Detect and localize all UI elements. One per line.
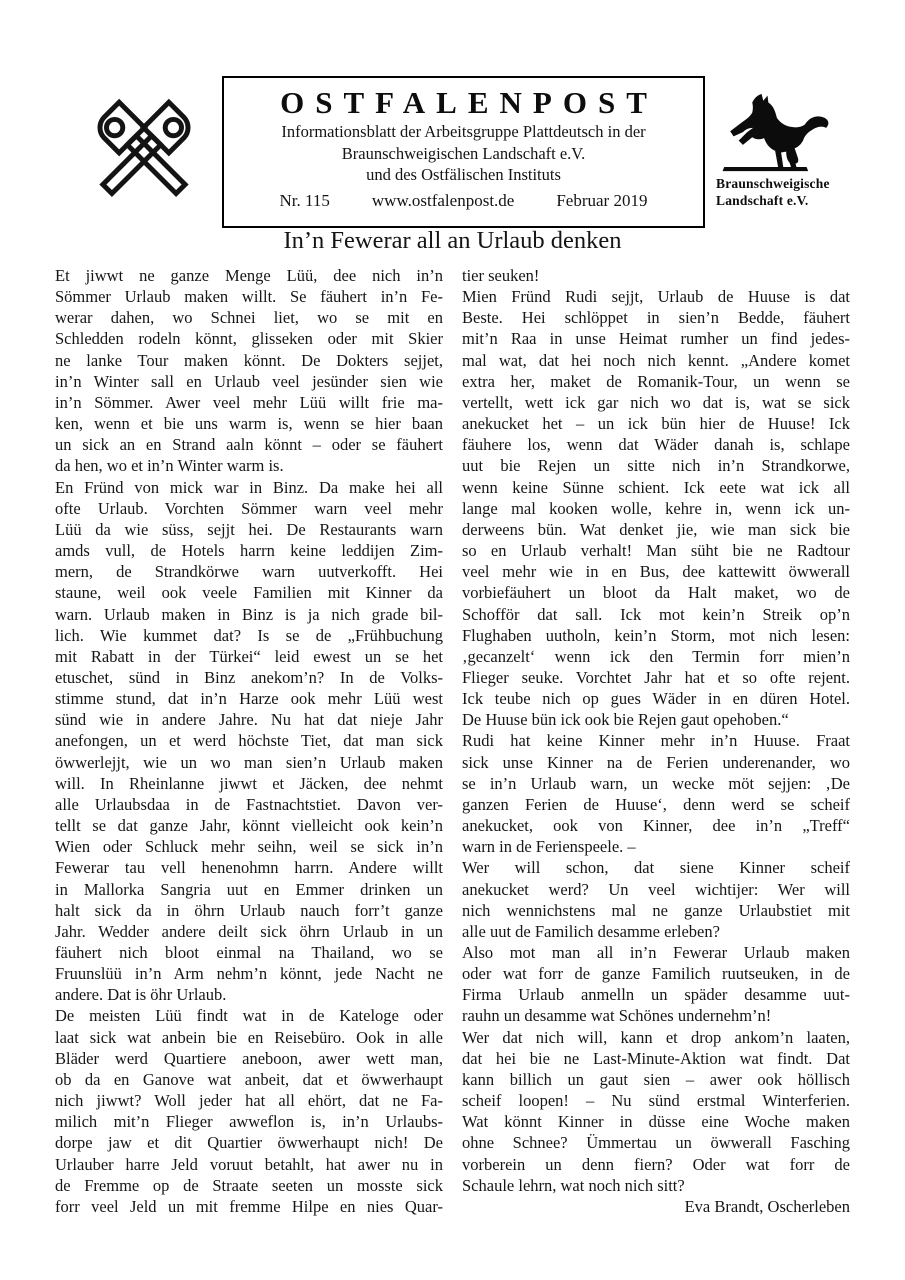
- body-text-line: Lüü da wie süss, sejjt hei. De Restauran…: [55, 519, 443, 540]
- body-text-line: laat sick wat anbein bie en Reisebüro. O…: [55, 1027, 443, 1048]
- body-text-line: Firma Urlaub anmelln un späder desamme u…: [462, 984, 850, 1005]
- body-text-line: will. In Rheinlanne jiwwt et Jäcken, dee…: [55, 773, 443, 794]
- body-text-line: alle Urlaubsdaa in de Fastnachtstiet. Da…: [55, 794, 443, 815]
- body-text-line: kann billich un gaut sien – awer ook höl…: [462, 1069, 850, 1090]
- body-text-line: sünd wie in andere Jahre. Nu hat dat nie…: [55, 709, 443, 730]
- body-text-line: mit Rabatt in der Türkei“ leid ewest un …: [55, 646, 443, 667]
- body-text-line: in’n Winter sall en Urlaub veel jesünder…: [55, 371, 443, 392]
- issue-line: Nr. 115www.ostfalenpost.deFebruar 2019: [224, 189, 703, 213]
- body-text-line: Beste. Hei schlöppet in sien’n Bedde, fä…: [462, 307, 850, 328]
- body-text-line: halt sick da in öhrn Urlaub nauch forr’t…: [55, 900, 443, 921]
- body-text-line: De Huuse bün ick ook bie Rejen gaut opeh…: [462, 709, 850, 730]
- body-text-line: Also mot man all in’n Fewerar Urlaub mak…: [462, 942, 850, 963]
- body-text-line: uut bie Rejen un sitte nich in’n Strandk…: [462, 455, 850, 476]
- signature-line: Eva Brandt, Oscherleben: [462, 1196, 850, 1217]
- body-text-line: ob da en Ganove wat anbeit, dat et öwwer…: [55, 1069, 443, 1090]
- body-text-line: warn in de Ferienspeele. –: [462, 836, 850, 857]
- newsletter-title: OSTFALENPOST: [224, 85, 703, 121]
- body-text-line: ganzen Ferien de Huuse‘, denn werd se sc…: [462, 794, 850, 815]
- body-text-line: Bläder werd Quartiere aneboon, awer wett…: [55, 1048, 443, 1069]
- body-text-line: lange mal kooken wolle, kehre in, wenn i…: [462, 498, 850, 519]
- body-text-line: vorbiefäuhert un bloot da Halt maket, wo…: [462, 582, 850, 603]
- masthead-title-box: OSTFALENPOST Informationsblatt der Arbei…: [222, 76, 705, 228]
- body-text-line: so en Urlaub verhalt! Man süht bie ne Ra…: [462, 540, 850, 561]
- body-text-line: dat hei bie ne Last-Minute-Aktion wat fi…: [462, 1048, 850, 1069]
- body-text-line: anekucket het – un ick bün hier de Huuse…: [462, 413, 850, 434]
- body-text-line: etuschet, sünd in Binz anekom’n? In de V…: [55, 667, 443, 688]
- body-text-line: derweens bün. Wat denket jie, wie man si…: [462, 519, 850, 540]
- body-text-line: rauhn un desamme wat Schönes undernehm’n…: [462, 1005, 850, 1026]
- body-text-line: sick unse Kinner na de Ferien underenand…: [462, 752, 850, 773]
- masthead-subtitle-line-3: und des Ostfälischen Instituts: [224, 164, 703, 186]
- body-text-line: extra her, maket de Romanik-Tour, un wen…: [462, 371, 850, 392]
- body-text-line: nich wennichstens mal ne ganze Urlaubsti…: [462, 900, 850, 921]
- body-text-line: se in’n Urlaub warn, un wecke möt sejjen…: [462, 773, 850, 794]
- body-text-line: oder wat forr de ganze Familich ruutseuk…: [462, 963, 850, 984]
- body-text-line: Wer will schon, dat siene Kinner scheif: [462, 857, 850, 878]
- body-text-line: Wien oder Schluck mehr seihn, weil se si…: [55, 836, 443, 857]
- article-title: In’n Fewerar all an Urlaub denken: [0, 227, 905, 255]
- body-text-line: milich mit’n Flieger awweflon is, in’n U…: [55, 1111, 443, 1132]
- body-text-line: scheif loopen! – Nu sünd erstmal Winterf…: [462, 1090, 850, 1111]
- body-text-line: Schaule lehrn, wat noch nich sitt?: [462, 1175, 850, 1196]
- issue-date: Februar 2019: [556, 191, 647, 210]
- body-text-line: alle uut de Familich desamme erleben?: [462, 921, 850, 942]
- body-text-line: de Fremme op de Straate seeten un mosste…: [55, 1175, 443, 1196]
- body-text-line: Wat könnt Kinner in düsse eine Woche mak…: [462, 1111, 850, 1132]
- body-text-line: anekucket werd? Un veel wichtijer: Wer w…: [462, 879, 850, 900]
- body-text-line: ofte Urlaub. Vorchten Sömmer warn veel m…: [55, 498, 443, 519]
- body-text-line: Flieger seuke. Vorchtet Jahr hat et so o…: [462, 667, 850, 688]
- body-text-line: andere. Dat is öhr Urlaub.: [55, 984, 443, 1005]
- body-text-line: De meisten Lüü findt wat in de Kateloge …: [55, 1005, 443, 1026]
- body-text-line: Jahr. Wedder andere deilt sick öhrn Urla…: [55, 921, 443, 942]
- body-text-line: öwwerlejjt, wie un wo man sien’n Urlaub …: [55, 752, 443, 773]
- body-text-line: warn. Urlaub maken in Binz is ja nich gr…: [55, 604, 443, 625]
- body-text-line: Mien Fründ Rudi sejjt, Urlaub de Huuse i…: [462, 286, 850, 307]
- column-right: tier seuken!Mien Fründ Rudi sejjt, Urlau…: [462, 265, 850, 1217]
- body-text-line: mal wat, dat hei noch nich kennt. „Ander…: [462, 350, 850, 371]
- body-text-line: Schledden rodeln könnt, glisseken oder m…: [55, 328, 443, 349]
- body-text-line: werar dahen, wo Schnei liet, wo se mit e…: [55, 307, 443, 328]
- body-text-line: ken, wenn et bie uns warm is, wenn se hi…: [55, 413, 443, 434]
- body-text-line: in’n Sömmer. Awer veel mehr Lüü willt fr…: [55, 392, 443, 413]
- masthead-subtitle-line-1: Informationsblatt der Arbeitsgruppe Plat…: [224, 121, 703, 143]
- body-text-line: nich jiwwt? Woll jeder hat all ehört, da…: [55, 1090, 443, 1111]
- body-text-line: vorberein un denn fiern? Oder wat forr d…: [462, 1154, 850, 1175]
- body-text-line: Schofför dat sall. Ick mot kein’n Streik…: [462, 604, 850, 625]
- issue-number: Nr. 115: [280, 191, 330, 210]
- body-text-line: amds vull, de Hotels harrn keine leddije…: [55, 540, 443, 561]
- body-text-line: veel mehr wie in en Bus, dee kattewitt ö…: [462, 561, 850, 582]
- body-text-line: ‚gecanzelt‘ wenn ick den Termin forr mie…: [462, 646, 850, 667]
- landschaft-logo-caption-1: Braunschweigische: [716, 176, 856, 193]
- body-text-line: Sömmer Urlaub maken willt. Se fäuhert in…: [55, 286, 443, 307]
- body-text-line: Ick teube nich op gues Wäder in en düren…: [462, 688, 850, 709]
- body-text-line: anekucket, ook von Kinner, dee in’n „Tre…: [462, 815, 850, 836]
- body-text-line: Urlauber harre Jeld voruut betahlt, hat …: [55, 1154, 443, 1175]
- body-text-line: Wer dat nich will, kann et drop ankom’n …: [462, 1027, 850, 1048]
- body-text-line: forr veel Jeld un mit fremme Hilpe en ni…: [55, 1196, 443, 1217]
- body-text-line: anefongen, un et werd höchste Tiet, dat …: [55, 730, 443, 751]
- body-text-line: Rudi hat keine Kinner mehr in’n Huuse. F…: [462, 730, 850, 751]
- body-text-line: in Mallorka Sangria uut en Emmer drinken…: [55, 879, 443, 900]
- landschaft-logo: Braunschweigische Landschaft e.V.: [714, 90, 856, 209]
- body-text-line: tier seuken!: [462, 265, 850, 286]
- body-text-line: ne lanke Tour maken könnt. De Dokters se…: [55, 350, 443, 371]
- body-text-line: tellt se dat ganze Jahr, könnt vielleich…: [55, 815, 443, 836]
- website-url: www.ostfalenpost.de: [372, 191, 514, 210]
- body-text-line: fäuhere los, wenn dat Wäder danah is, sc…: [462, 434, 850, 455]
- body-text-line: Fruunslüü in’n Arm nehm’n könnt, jede Na…: [55, 963, 443, 984]
- crossed-signal-flags-icon: [83, 95, 205, 199]
- body-text-line: wenn keine Sünne schient. Ick eete wat i…: [462, 477, 850, 498]
- body-text-line: staune, weil ook veele Familien mit Kinn…: [55, 582, 443, 603]
- body-text-line: Et jiwwt ne ganze Menge Lüü, dee nich in…: [55, 265, 443, 286]
- body-text-line: mit’n Raa in unse Heimat rumher un find …: [462, 328, 850, 349]
- body-text-line: un sick an en Strand aaln könnt – oder s…: [55, 434, 443, 455]
- body-text-line: En Fründ von mick war in Binz. Da make h…: [55, 477, 443, 498]
- body-text-line: vertellt, wett ick gar nich wo dat is, w…: [462, 392, 850, 413]
- body-text-line: lich. Wie kummet dat? Is se de „Frühbuch…: [55, 625, 443, 646]
- landschaft-logo-caption-2: Landschaft e.V.: [716, 193, 856, 210]
- article-body: Et jiwwt ne ganze Menge Lüü, dee nich in…: [55, 265, 850, 1217]
- column-left: Et jiwwt ne ganze Menge Lüü, dee nich in…: [55, 265, 443, 1217]
- body-text-line: stimme stund, dat in’n Harze ook mehr Lü…: [55, 688, 443, 709]
- body-text-line: Fewerar tau vell henenohmn harrn. Andere…: [55, 857, 443, 878]
- body-text-line: dorpe jaw et dit Quartier öwwerhaupt nic…: [55, 1132, 443, 1153]
- body-text-line: da hen, wo et in’n Winter warm is.: [55, 455, 443, 476]
- body-text-line: fäuhert nich bloot einmal na Thailand, w…: [55, 942, 443, 963]
- newsletter-page: OSTFALENPOST Informationsblatt der Arbei…: [0, 0, 905, 1280]
- body-text-line: ohne Schnee? Ümmertau un öwwerall Faschi…: [462, 1132, 850, 1153]
- saxon-steed-icon: [720, 90, 832, 176]
- masthead-subtitle-line-2: Braunschweigischen Landschaft e.V.: [224, 143, 703, 165]
- body-text-line: mern, de Strandkörwe warn uutverkofft. H…: [55, 561, 443, 582]
- body-text-line: Flughaben uutholn, kein’n Storm, mot nic…: [462, 625, 850, 646]
